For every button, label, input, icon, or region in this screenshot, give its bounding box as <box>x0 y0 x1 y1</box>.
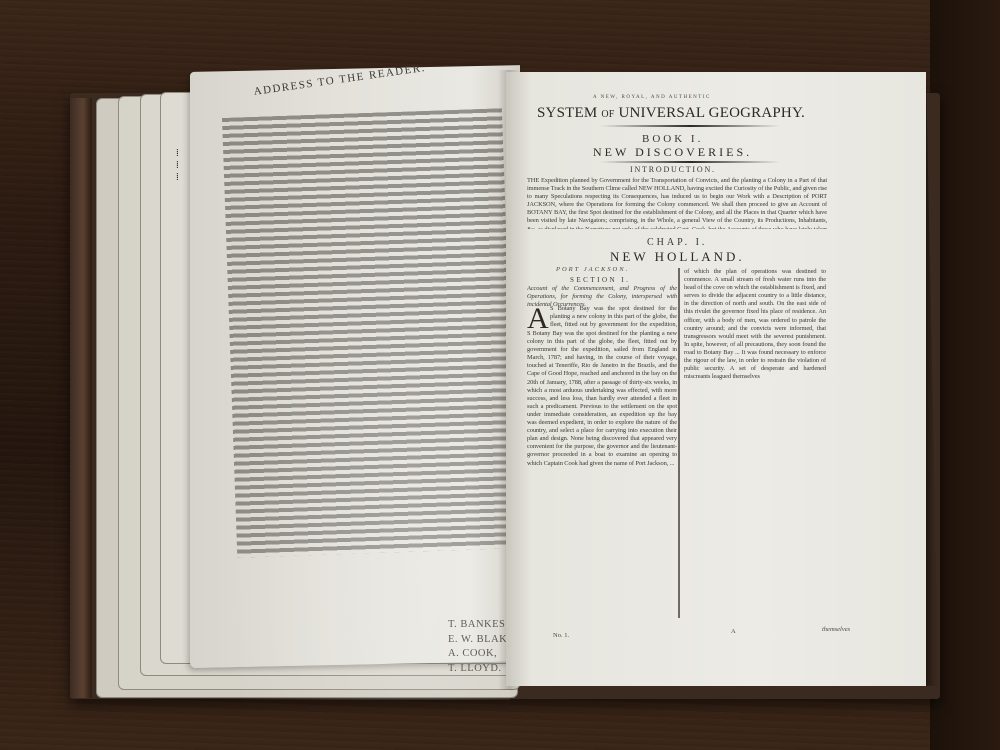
book-cover-edge <box>70 98 92 698</box>
introduction-heading: INTRODUCTION. <box>630 165 716 174</box>
section-heading: SECTION I. <box>570 276 630 284</box>
ornamental-rule <box>600 125 780 127</box>
location-heading: PORT JACKSON. <box>556 266 629 273</box>
left-page-text-block <box>222 108 517 558</box>
book-number: BOOK I. <box>642 133 703 145</box>
wooden-table-surface <box>930 0 1000 750</box>
section-summary: Account of the Commencement, and Progres… <box>527 285 677 307</box>
title-subtitle: A NEW, ROYAL, AND AUTHENTIC <box>593 95 711 100</box>
binding-marks: ⁞⁞⁞ <box>176 148 184 208</box>
chapter-number: CHAP. I. <box>647 237 707 248</box>
chapter-title: NEW HOLLAND. <box>610 249 745 265</box>
introduction-text: THE Expedition planned by Government for… <box>527 177 827 229</box>
page-title: SYSTEM OF UNIVERSAL GEOGRAPHY. <box>537 105 805 122</box>
catchword: themselves <box>822 626 850 633</box>
book-title: NEW DISCOVERIES. <box>593 145 752 160</box>
column-2-text: of which the plan of operations was dest… <box>684 268 826 624</box>
ornamental-rule <box>600 161 780 163</box>
signature-mark: A <box>731 628 736 635</box>
issue-number: No. 1. <box>553 632 569 639</box>
left-page-body <box>222 108 518 569</box>
column-divider <box>678 268 680 618</box>
column-1-text: S Botany Bay was the spot destined for t… <box>527 330 677 626</box>
column-1-text-start: S Botany Bay was the spot destined for t… <box>550 305 677 329</box>
photo-scene: ⁞⁞⁞ ADDRESS TO THE READER. T. BANKES, E.… <box>0 0 1000 750</box>
